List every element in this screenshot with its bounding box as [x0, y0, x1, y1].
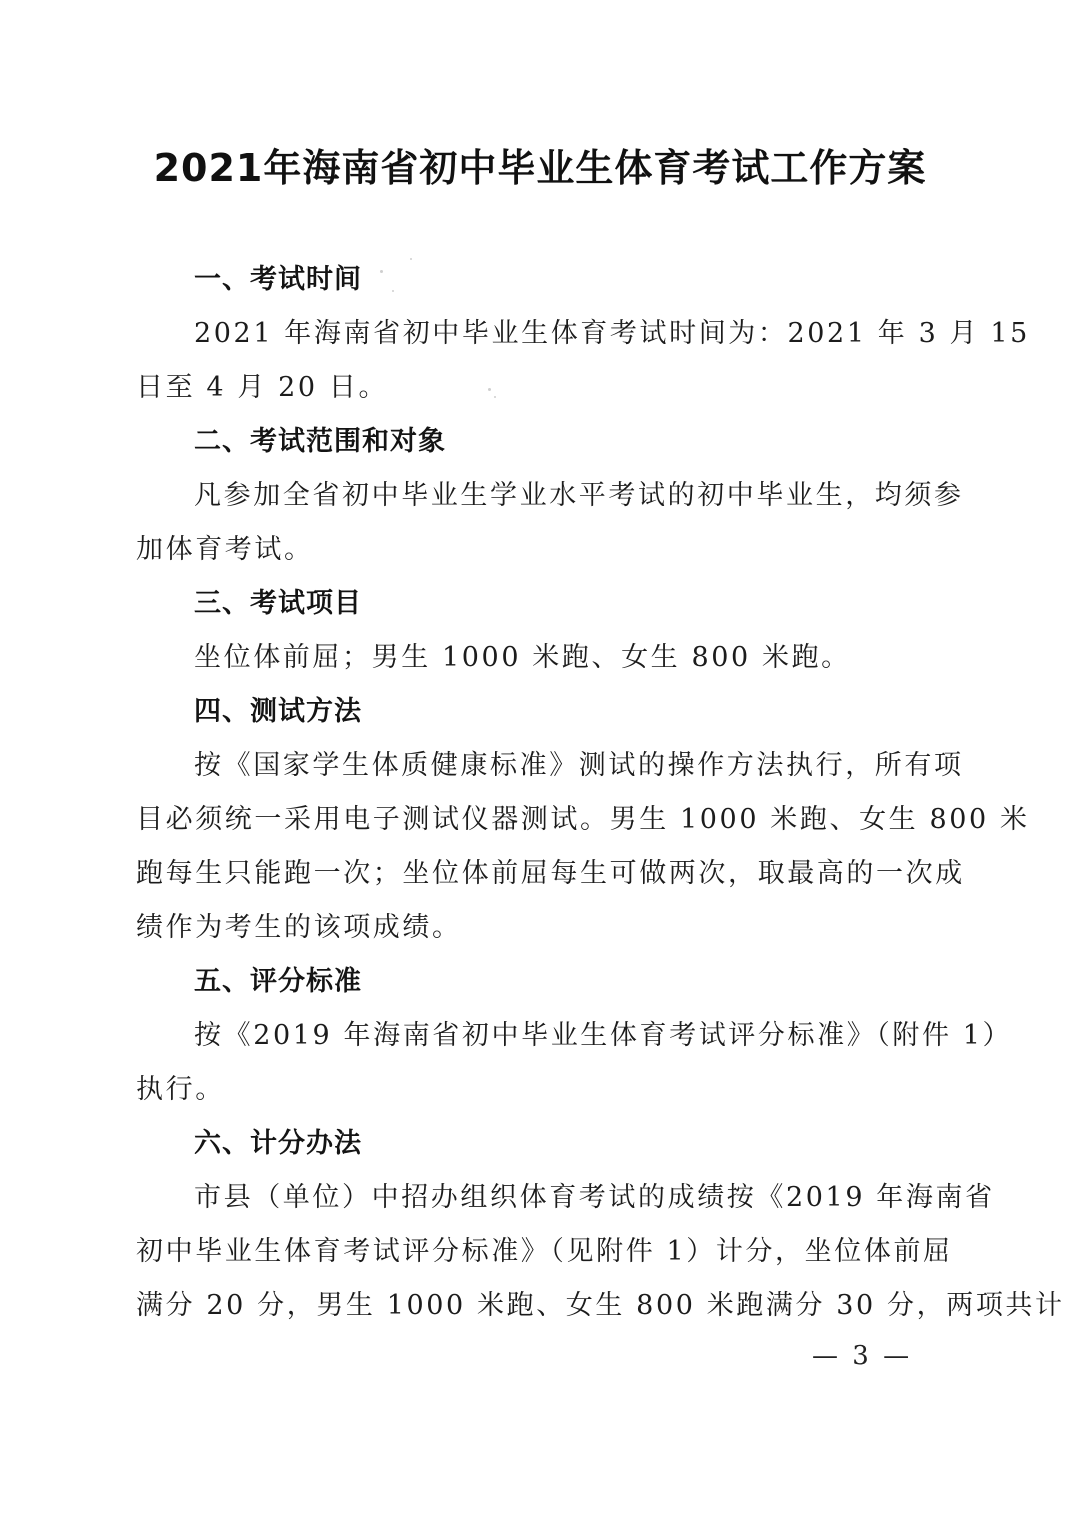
paragraph-line: 满分 20 分，男生 1000 米跑、女生 800 米跑满分 30 分，两项共计	[136, 1286, 946, 1326]
section-heading-test-method: 四、测试方法	[194, 692, 946, 732]
document-page: 2021年海南省初中毕业生体育考试工作方案 一、考试时间 2021 年海南省初中…	[0, 0, 1080, 1526]
page-number: — 3 —	[812, 1336, 912, 1376]
section-heading-scoring-standard: 五、评分标准	[194, 962, 946, 1002]
paragraph-line: 跑每生只能跑一次；坐位体前屈每生可做两次，取最高的一次成	[136, 854, 946, 894]
section-heading-exam-time: 一、考试时间	[194, 260, 946, 300]
paragraph-line: 按《2019 年海南省初中毕业生体育考试评分标准》（附件 1）	[194, 1016, 946, 1056]
paragraph-line: 加体育考试。	[136, 530, 946, 570]
paragraph-line: 执行。	[136, 1070, 946, 1110]
section-heading-exam-items: 三、考试项目	[194, 584, 946, 624]
section-heading-scope: 二、考试范围和对象	[194, 422, 946, 462]
scan-speck	[488, 388, 491, 391]
scan-speck	[410, 258, 412, 260]
scan-speck	[380, 270, 383, 273]
section-heading-scoring-method: 六、计分办法	[194, 1124, 946, 1164]
paragraph-line: 绩作为考生的该项成绩。	[136, 908, 946, 948]
scan-speck	[494, 396, 496, 398]
paragraph-line: 2021 年海南省初中毕业生体育考试时间为：2021 年 3 月 15	[194, 314, 946, 354]
scan-speck	[392, 290, 394, 292]
paragraph-line: 日至 4 月 20 日。	[136, 368, 946, 408]
paragraph-line: 目必须统一采用电子测试仪器测试。男生 1000 米跑、女生 800 米	[136, 800, 946, 840]
paragraph-line: 按《国家学生体质健康标准》测试的操作方法执行，所有项	[194, 746, 946, 786]
paragraph-line: 坐位体前屈；男生 1000 米跑、女生 800 米跑。	[194, 638, 946, 678]
document-title: 2021年海南省初中毕业生体育考试工作方案	[0, 138, 1080, 198]
paragraph-line: 初中毕业生体育考试评分标准》（见附件 1）计分，坐位体前屈	[136, 1232, 946, 1272]
paragraph-line: 市县（单位）中招办组织体育考试的成绩按《2019 年海南省	[194, 1178, 946, 1218]
paragraph-line: 凡参加全省初中毕业生学业水平考试的初中毕业生，均须参	[194, 476, 946, 516]
